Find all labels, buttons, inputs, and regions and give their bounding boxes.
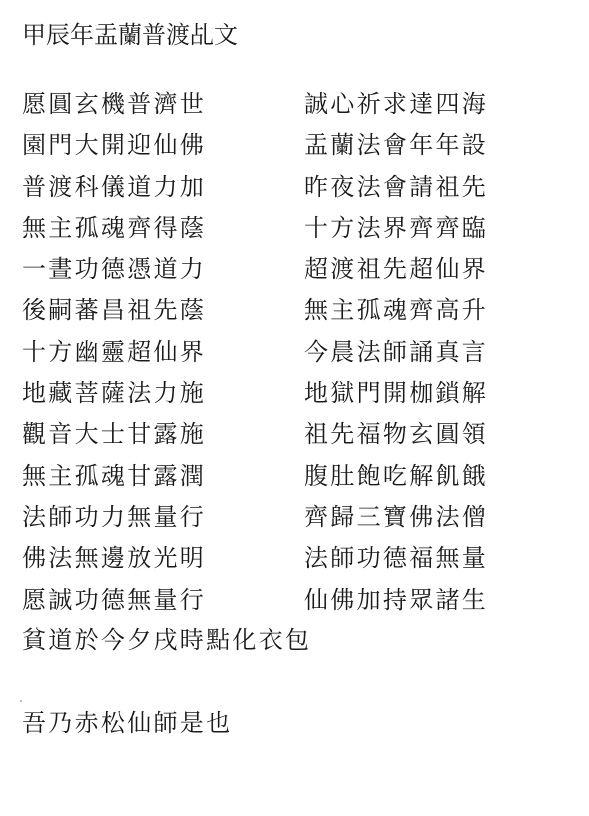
scan-speck — [20, 700, 22, 702]
verse-right: 超渡祖先超仙界 — [304, 251, 488, 287]
verse-row: 園門大開迎仙佛 盂蘭法會年年設 — [22, 127, 582, 168]
verse-left: 觀音大士甘露施 — [22, 416, 206, 452]
verse-row: 觀音大士甘露施 祖先福物玄圓領 — [22, 416, 582, 457]
verse-left: 地藏菩薩法力施 — [22, 375, 206, 411]
verse-left: 無主孤魂甘露潤 — [22, 458, 206, 494]
verse-row: 無主孤魂齊得蔭 十方法界齊齊臨 — [22, 210, 582, 251]
verse-right: 祖先福物玄圓領 — [304, 416, 488, 452]
verse-left: 後嗣蕃昌祖先蔭 — [22, 292, 206, 328]
verse-row: 地藏菩薩法力施 地獄門開枷鎖解 — [22, 375, 582, 416]
verse-row: 一晝功德憑道力 超渡祖先超仙界 — [22, 251, 582, 292]
verse-right: 仙佛加持眾諸生 — [304, 582, 488, 618]
verse-right: 法師功德福無量 — [304, 540, 488, 576]
verse-row: 法師功力無量行 齊歸三寶佛法僧 — [22, 499, 582, 540]
verse-left: 園門大開迎仙佛 — [22, 127, 206, 163]
verse-row: 無主孤魂甘露潤 腹肚飽吃解飢餓 — [22, 458, 582, 499]
verse-right: 今晨法師誦真言 — [304, 334, 488, 370]
verse-right: 無主孤魂齊高升 — [304, 292, 488, 328]
verse-left: 佛法無邊放光明 — [22, 540, 206, 576]
verse-right: 誠心祈求達四海 — [304, 86, 488, 122]
verse-row: 愿誠功德無量行 仙佛加持眾諸生 — [22, 582, 582, 623]
verse-right: 齊歸三寶佛法僧 — [304, 499, 488, 535]
closing-line-signature: 吾乃赤松仙師是也 — [22, 705, 232, 741]
verse-left: 一晝功德憑道力 — [22, 251, 206, 287]
verse-left: 十方幽靈超仙界 — [22, 334, 206, 370]
closing-line-instruction: 貧道於今夕戌時點化衣包 — [22, 622, 311, 658]
verse-left: 愿圓玄機普濟世 — [22, 86, 206, 122]
verse-right: 地獄門開枷鎖解 — [304, 375, 488, 411]
verse-grid: 愿圓玄機普濟世 誠心祈求達四海 園門大開迎仙佛 盂蘭法會年年設 普渡科儀道力加 … — [22, 86, 582, 623]
verse-right: 腹肚飽吃解飢餓 — [304, 458, 488, 494]
verse-row: 普渡科儀道力加 昨夜法會請祖先 — [22, 169, 582, 210]
verse-row: 十方幽靈超仙界 今晨法師誦真言 — [22, 334, 582, 375]
verse-right: 盂蘭法會年年設 — [304, 127, 488, 163]
verse-right: 昨夜法會請祖先 — [304, 169, 488, 205]
verse-right: 十方法界齊齊臨 — [304, 210, 488, 246]
verse-left: 愿誠功德無量行 — [22, 582, 206, 618]
verse-left: 普渡科儀道力加 — [22, 169, 206, 205]
verse-left: 法師功力無量行 — [22, 499, 206, 535]
verse-row: 愿圓玄機普濟世 誠心祈求達四海 — [22, 86, 582, 127]
verse-row: 佛法無邊放光明 法師功德福無量 — [22, 540, 582, 581]
verse-left: 無主孤魂齊得蔭 — [22, 210, 206, 246]
document-title: 甲辰年盂蘭普渡乩文 — [22, 20, 238, 50]
verse-row: 後嗣蕃昌祖先蔭 無主孤魂齊高升 — [22, 292, 582, 333]
